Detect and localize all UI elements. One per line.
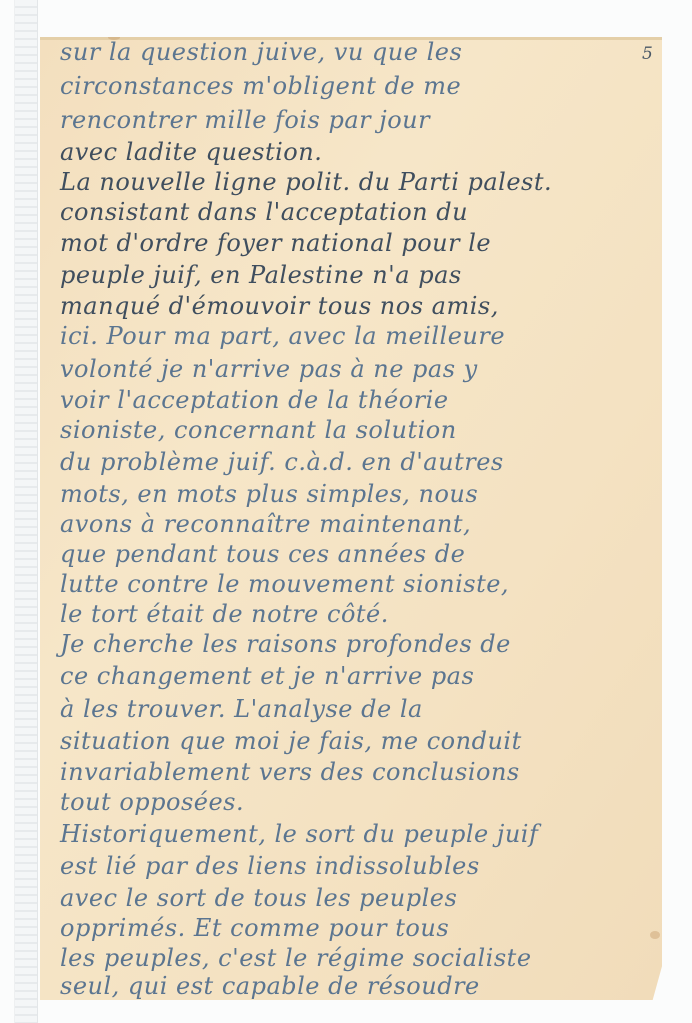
text-line: avec ladite question. [60,138,322,166]
text-line: mot d'ordre foyer national pour le [60,229,491,257]
plastic-sleeve-perforation-strip [14,0,38,1023]
text-line: ici. Pour ma part, avec la meilleure [60,322,505,350]
text-line: La nouvelle ligne polit. du Parti palest… [60,168,552,196]
paper-stain [650,931,660,939]
text-line: ce changement et je n'arrive pas [60,662,474,690]
text-line: invariablement vers des conclusions [60,758,520,786]
text-line: tout opposées. [60,788,244,816]
text-line: du problème juif. c.à.d. en d'autres [60,448,504,476]
text-line: Historiquement, le sort du peuple juif [60,820,538,848]
text-line: avons à reconnaître maintenant, [60,510,471,538]
text-line: opprimés. Et comme pour tous [60,914,449,942]
text-line: seul, qui est capable de résoudre [60,972,480,1000]
text-line: situation que moi je fais, me conduit [60,727,522,755]
text-line: à les trouver. L'analyse de la [60,695,423,723]
text-line: consistant dans l'acceptation du [60,198,468,226]
text-line: voir l'acceptation de la théorie [60,386,449,414]
text-line: rencontrer mille fois par jour [60,106,430,134]
text-line: peuple juif, en Palestine n'a pas [60,261,462,289]
text-line: manqué d'émouvoir tous nos amis, [60,292,499,320]
text-line: est lié par des liens indissolubles [60,852,480,880]
text-line: volonté je n'arrive pas à ne pas y [60,355,478,383]
text-line: mots, en mots plus simples, nous [60,480,478,508]
text-line: sioniste, concernant la solution [60,416,457,444]
text-line: avec le sort de tous les peuples [60,884,457,912]
text-line: lutte contre le mouvement sioniste, [60,570,509,598]
text-line: que pendant tous ces années de [60,540,465,568]
text-line: Je cherche les raisons profondes de [60,630,511,658]
text-line: les peuples, c'est le régime socialiste [60,944,532,972]
page-number: 5 [642,44,653,64]
text-line: sur la question juive, vu que les [60,38,462,66]
text-line: circonstances m'obligent de me [60,72,461,100]
text-line: le tort était de notre côté. [60,600,389,628]
